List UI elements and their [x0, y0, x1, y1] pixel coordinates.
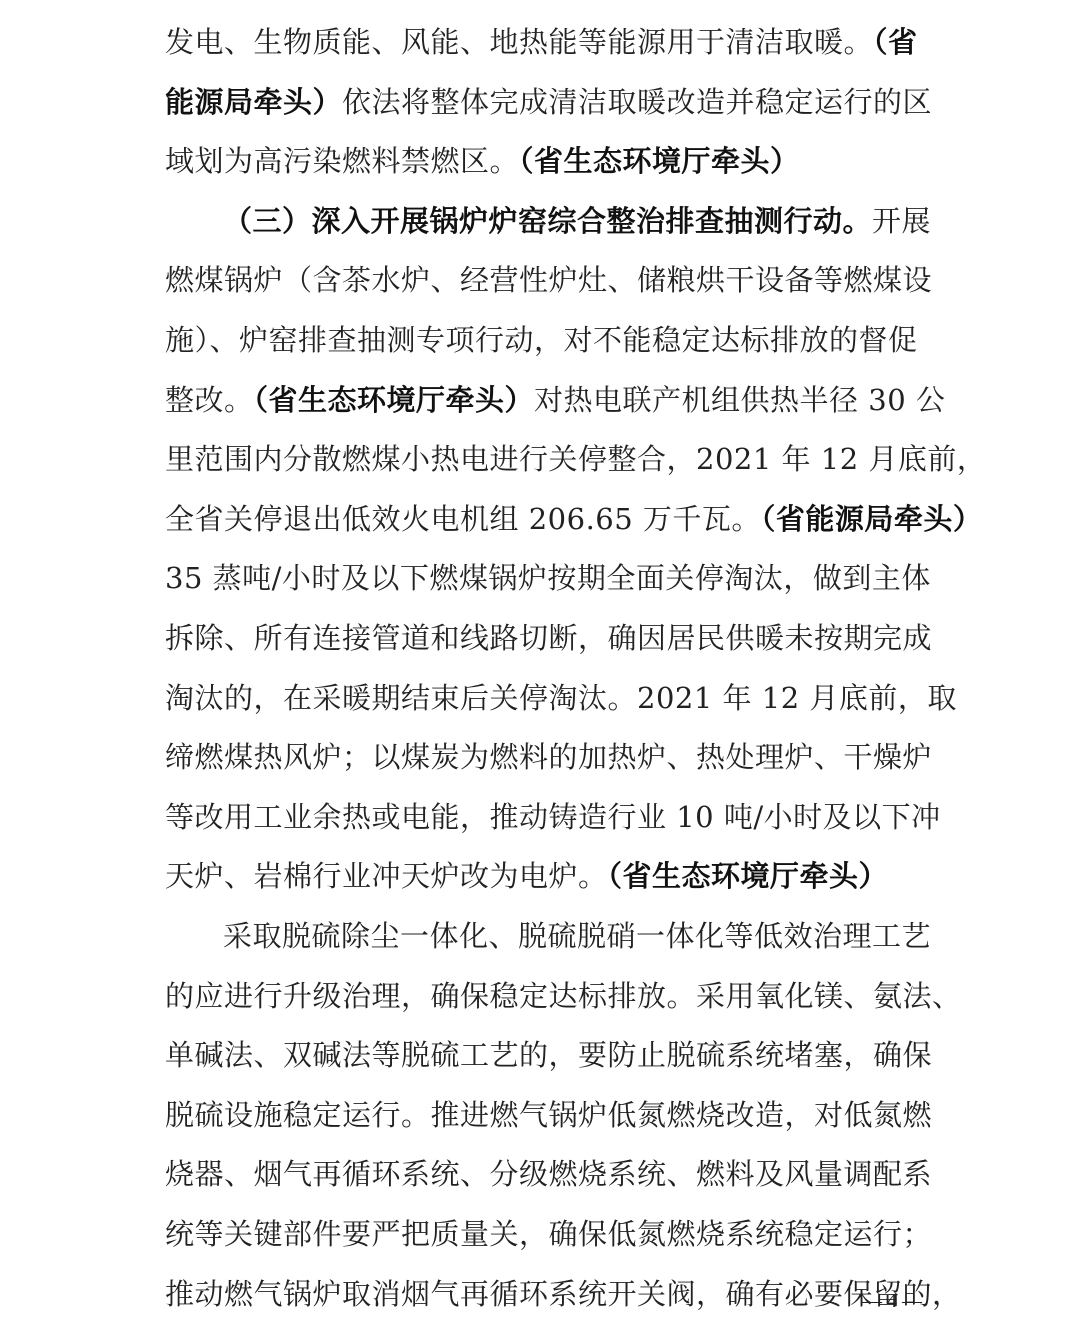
document-page: 发电、生物质能、风能、地热能等能源用于清洁取暖。（省能源局牵头）依法将整体完成清…: [0, 0, 1080, 1325]
text-line: 单碱法、双碱法等脱硫工艺的，要防止脱硫系统堵塞，确保: [165, 1030, 917, 1080]
text-segment: 里范围内分散燃煤小热电进行关停整合，2021 年 12 月底前，: [165, 442, 986, 476]
text-segment: 采取脱硫除尘一体化、脱硫脱硝一体化等低效治理工艺: [223, 919, 931, 953]
bold-text-segment: （省能源局牵头）: [761, 502, 983, 536]
text-line: 的应进行升级治理，确保稳定达标排放。采用氧化镁、氨法、: [165, 971, 917, 1021]
text-line: 统等关键部件要严把质量关，确保低氮燃烧系统稳定运行；: [165, 1209, 917, 1259]
bold-text-segment: （省: [873, 25, 918, 59]
text-line: 等改用工业余热或电能，推动铸造行业 10 吨/小时及以下冲: [165, 792, 917, 842]
text-segment: 缔燃煤热风炉；以煤炭为燃料的加热炉、热处理炉、干燥炉: [165, 740, 932, 774]
text-segment: 开展: [872, 204, 931, 238]
text-segment: 全省关停退出低效火电机组 206.65 万千瓦。: [165, 502, 761, 536]
text-segment: 发电、生物质能、风能、地热能等能源用于清洁取暖。: [165, 25, 873, 59]
text-line: 里范围内分散燃煤小热电进行关停整合，2021 年 12 月底前，: [165, 434, 917, 484]
text-line: 淘汰的，在采暖期结束后关停淘汰。2021 年 12 月底前，取: [165, 673, 917, 723]
text-segment: 整改。: [165, 383, 254, 417]
text-line: 全省关停退出低效火电机组 206.65 万千瓦。（省能源局牵头）: [165, 494, 917, 544]
text-line: 缔燃煤热风炉；以煤炭为燃料的加热炉、热处理炉、干燥炉: [165, 732, 917, 782]
text-line: 35 蒸吨/小时及以下燃煤锅炉按期全面关停淘汰，做到主体: [165, 553, 917, 603]
bold-text-segment: （省生态环境厅牵头）: [519, 144, 800, 178]
text-segment: 域划为高污染燃料禁燃区。: [165, 144, 519, 178]
text-line: 采取脱硫除尘一体化、脱硫脱硝一体化等低效治理工艺: [223, 911, 917, 961]
text-segment: 燃煤锅炉（含茶水炉、经营性炉灶、储粮烘干设备等燃煤设: [165, 263, 932, 297]
text-line: （三）深入开展锅炉炉窑综合整治排查抽测行动。开展: [223, 196, 917, 246]
text-segment: 施）、炉窑排查抽测专项行动，对不能稳定达标排放的督促: [165, 323, 918, 357]
text-line: 施）、炉窑排查抽测专项行动，对不能稳定达标排放的督促: [165, 315, 917, 365]
text-segment: 脱硫设施稳定运行。推进燃气锅炉低氮燃烧改造，对低氮燃: [165, 1098, 932, 1132]
bold-text-segment: （省生态环境厅牵头）: [254, 383, 535, 417]
bold-text-segment: 能源局牵头）: [165, 85, 342, 119]
text-segment: 35 蒸吨/小时及以下燃煤锅炉按期全面关停淘汰，做到主体: [165, 561, 931, 595]
text-line: 天炉、岩棉行业冲天炉改为电炉。（省生态环境厅牵头）: [165, 851, 917, 901]
text-line: 燃煤锅炉（含茶水炉、经营性炉灶、储粮烘干设备等燃煤设: [165, 255, 917, 305]
text-line: 推动燃气锅炉取消烟气再循环系统开关阀，确有必要保留的，: [165, 1269, 917, 1319]
text-segment: 天炉、岩棉行业冲天炉改为电炉。: [165, 859, 608, 893]
text-segment: 推动燃气锅炉取消烟气再循环系统开关阀，确有必要保留的，: [165, 1277, 962, 1311]
text-segment: 拆除、所有连接管道和线路切断，确因居民供暖未按期完成: [165, 621, 932, 655]
text-line: 烧器、烟气再循环系统、分级燃烧系统、燃料及风量调配系: [165, 1149, 917, 1199]
text-segment: 单碱法、双碱法等脱硫工艺的，要防止脱硫系统堵塞，确保: [165, 1038, 932, 1072]
text-line: 域划为高污染燃料禁燃区。（省生态环境厅牵头）: [165, 136, 917, 186]
text-segment: 等改用工业余热或电能，推动铸造行业 10 吨/小时及以下冲: [165, 800, 941, 834]
text-segment: 的应进行升级治理，确保稳定达标排放。采用氧化镁、氨法、: [165, 979, 962, 1013]
page-number: — 4 —: [862, 1290, 922, 1313]
text-segment: 依法将整体完成清洁取暖改造并稳定运行的区: [342, 85, 932, 119]
text-line: 发电、生物质能、风能、地热能等能源用于清洁取暖。（省: [165, 17, 917, 67]
bold-text-segment: （省生态环境厅牵头）: [608, 859, 889, 893]
text-segment: 对热电联产机组供热半径 30 公: [534, 383, 945, 417]
text-line: 拆除、所有连接管道和线路切断，确因居民供暖未按期完成: [165, 613, 917, 663]
text-line: 能源局牵头）依法将整体完成清洁取暖改造并稳定运行的区: [165, 77, 917, 127]
text-segment: 统等关键部件要严把质量关，确保低氮燃烧系统稳定运行；: [165, 1217, 932, 1251]
text-segment: 淘汰的，在采暖期结束后关停淘汰。2021 年 12 月底前，取: [165, 681, 957, 715]
text-segment: 烧器、烟气再循环系统、分级燃烧系统、燃料及风量调配系: [165, 1157, 932, 1191]
bold-text-segment: （三）深入开展锅炉炉窑综合整治排查抽测行动。: [223, 204, 872, 238]
text-line: 脱硫设施稳定运行。推进燃气锅炉低氮燃烧改造，对低氮燃: [165, 1090, 917, 1140]
text-line: 整改。（省生态环境厅牵头）对热电联产机组供热半径 30 公: [165, 375, 917, 425]
